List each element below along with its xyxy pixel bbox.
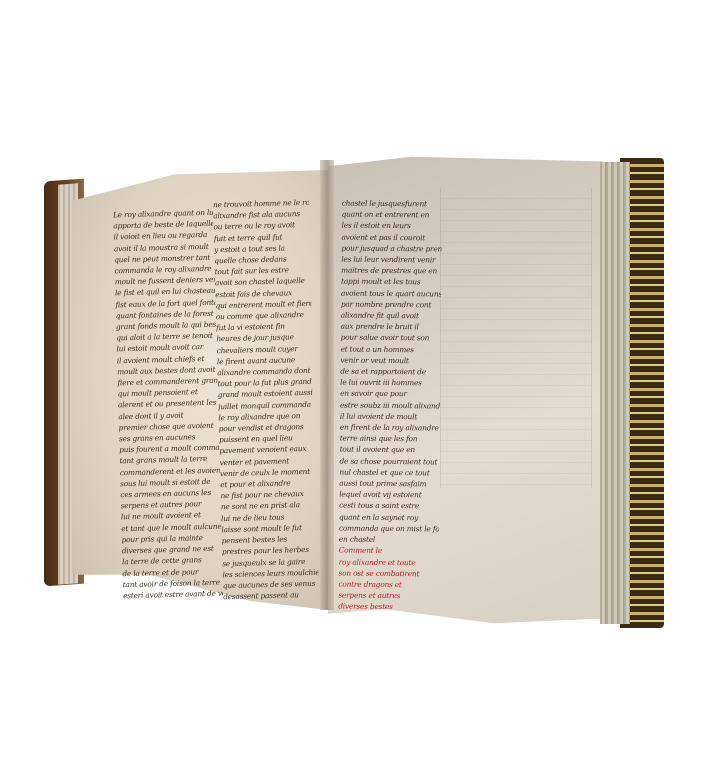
rubric-line: son ost se combatirent (338, 567, 438, 579)
text-line: lequel avoit vij estoient (339, 489, 439, 501)
text-line: pour jusquad a chastre prendre (341, 242, 441, 254)
text-line: les il estoit en leurs (342, 220, 442, 232)
text-line: en chastel (339, 534, 439, 546)
faint-ruling-right-column (440, 188, 592, 488)
text-line: les lui leur vendirent venir (341, 254, 441, 266)
text-line: aussi tout prime sasfaim (339, 478, 439, 490)
right-page-column: chastel le jusquesfurentquant on et entr… (338, 198, 442, 613)
text-line: maitres de prestres que en (341, 265, 441, 277)
text-line: avoient tous le quart aucuns (341, 287, 441, 299)
text-line: de sa chose pourraient tout (339, 455, 439, 467)
page-edges-right (600, 162, 630, 624)
left-page-column-1: Le roy alixandre quant on luiapporta de … (113, 207, 223, 602)
text-line: terre ainsi que les fon (340, 433, 440, 445)
rubric-line: roy alixandre et toute (339, 556, 439, 568)
book-gutter (320, 160, 334, 610)
text-line: nul chastel et que ce tout (339, 466, 439, 478)
rubric-line: Comment le (339, 545, 439, 557)
text-line: aux prendre le bruit il (341, 321, 441, 333)
text-line: quant en la saynet roy (339, 511, 439, 523)
text-line: en savoir que pour (340, 388, 440, 400)
text-line: commanda que on mist le fou (339, 522, 439, 534)
rubric-line: serpens et autres (338, 590, 438, 602)
text-line: venir or veut moult (340, 354, 440, 366)
text-line: et tout a un hommes (340, 343, 440, 355)
rubric-line: contre dragons et (338, 578, 438, 590)
rubric-line: diverses bestes (338, 601, 438, 613)
text-line: le lui ouvrit iii hommes (340, 377, 440, 389)
text-line: il lui avoient de moult (340, 410, 440, 422)
text-line: tout il avoient que en (340, 444, 440, 456)
text-line: pour salue avoir tout son (341, 332, 441, 344)
manuscript-photo: Le roy alixandre quant on luiapporta de … (0, 0, 710, 780)
text-line: quant on et entrerent en (342, 209, 442, 221)
text-line: tappi moult et les tous (341, 276, 441, 288)
text-line: estre soubz iii moult alixandre (340, 399, 440, 411)
text-line: alixandre fit quil avoit (341, 310, 441, 322)
text-line: par nombre prendre cont (341, 298, 441, 310)
text-line: chastel le jusquesfurent (342, 198, 442, 210)
text-line: esteri avoit estre avant de venir (123, 588, 223, 602)
text-line: avoient et pas il couroit (341, 231, 441, 243)
text-line: en firent de la roy alixandre (340, 422, 440, 434)
text-line: cesti tous a saint estre (339, 500, 439, 512)
text-line: de sa et rapportoient de (340, 366, 440, 378)
left-page-column-2: ne trouvoit homme ne le royalixandre fis… (213, 197, 320, 603)
